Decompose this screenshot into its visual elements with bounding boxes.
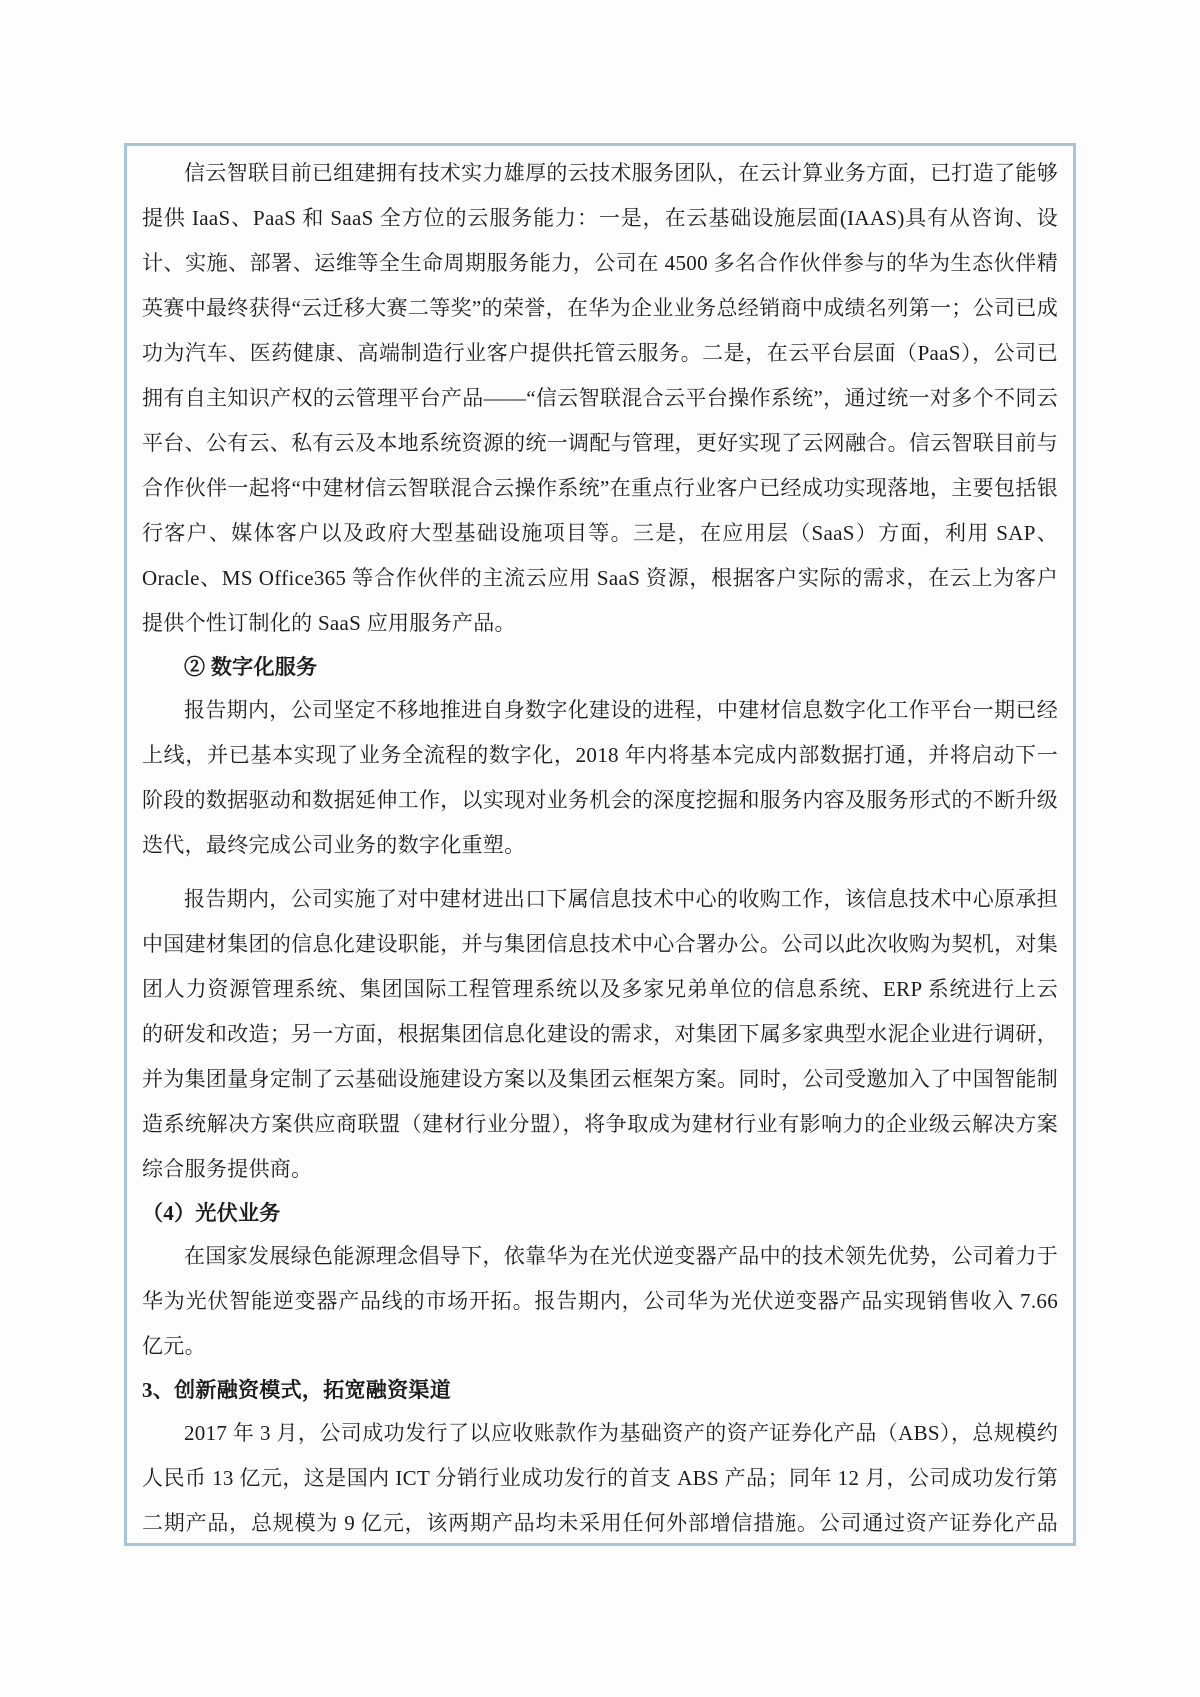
report-page: 信云智联目前已组建拥有技术实力雄厚的云技术服务团队，在云计算业务方面，已打造了能… [0, 0, 1200, 1697]
body-paragraph: 在国家发展绿色能源理念倡导下，依靠华为在光伏逆变器产品中的技术领先优势，公司着力… [142, 1234, 1058, 1369]
section-heading: 3、创新融资模式，拓宽融资渠道 [142, 1369, 1058, 1411]
body-paragraph: 信云智联目前已组建拥有技术实力雄厚的云技术服务团队，在云计算业务方面，已打造了能… [142, 151, 1058, 646]
section-heading: （4）光伏业务 [142, 1192, 1058, 1234]
body-paragraph: 报告期内，公司实施了对中建材进出口下属信息技术中心的收购工作，该信息技术中心原承… [142, 877, 1058, 1192]
document-border-box: 信云智联目前已组建拥有技术实力雄厚的云技术服务团队，在云计算业务方面，已打造了能… [124, 143, 1076, 1546]
body-paragraph: 2017 年 3 月，公司成功发行了以应收账款作为基础资产的资产证券化产品（AB… [142, 1411, 1058, 1546]
body-paragraph: 报告期内，公司坚定不移地推进自身数字化建设的进程，中建材信息数字化工作平台一期已… [142, 688, 1058, 868]
section-heading: ② 数字化服务 [142, 646, 1058, 688]
